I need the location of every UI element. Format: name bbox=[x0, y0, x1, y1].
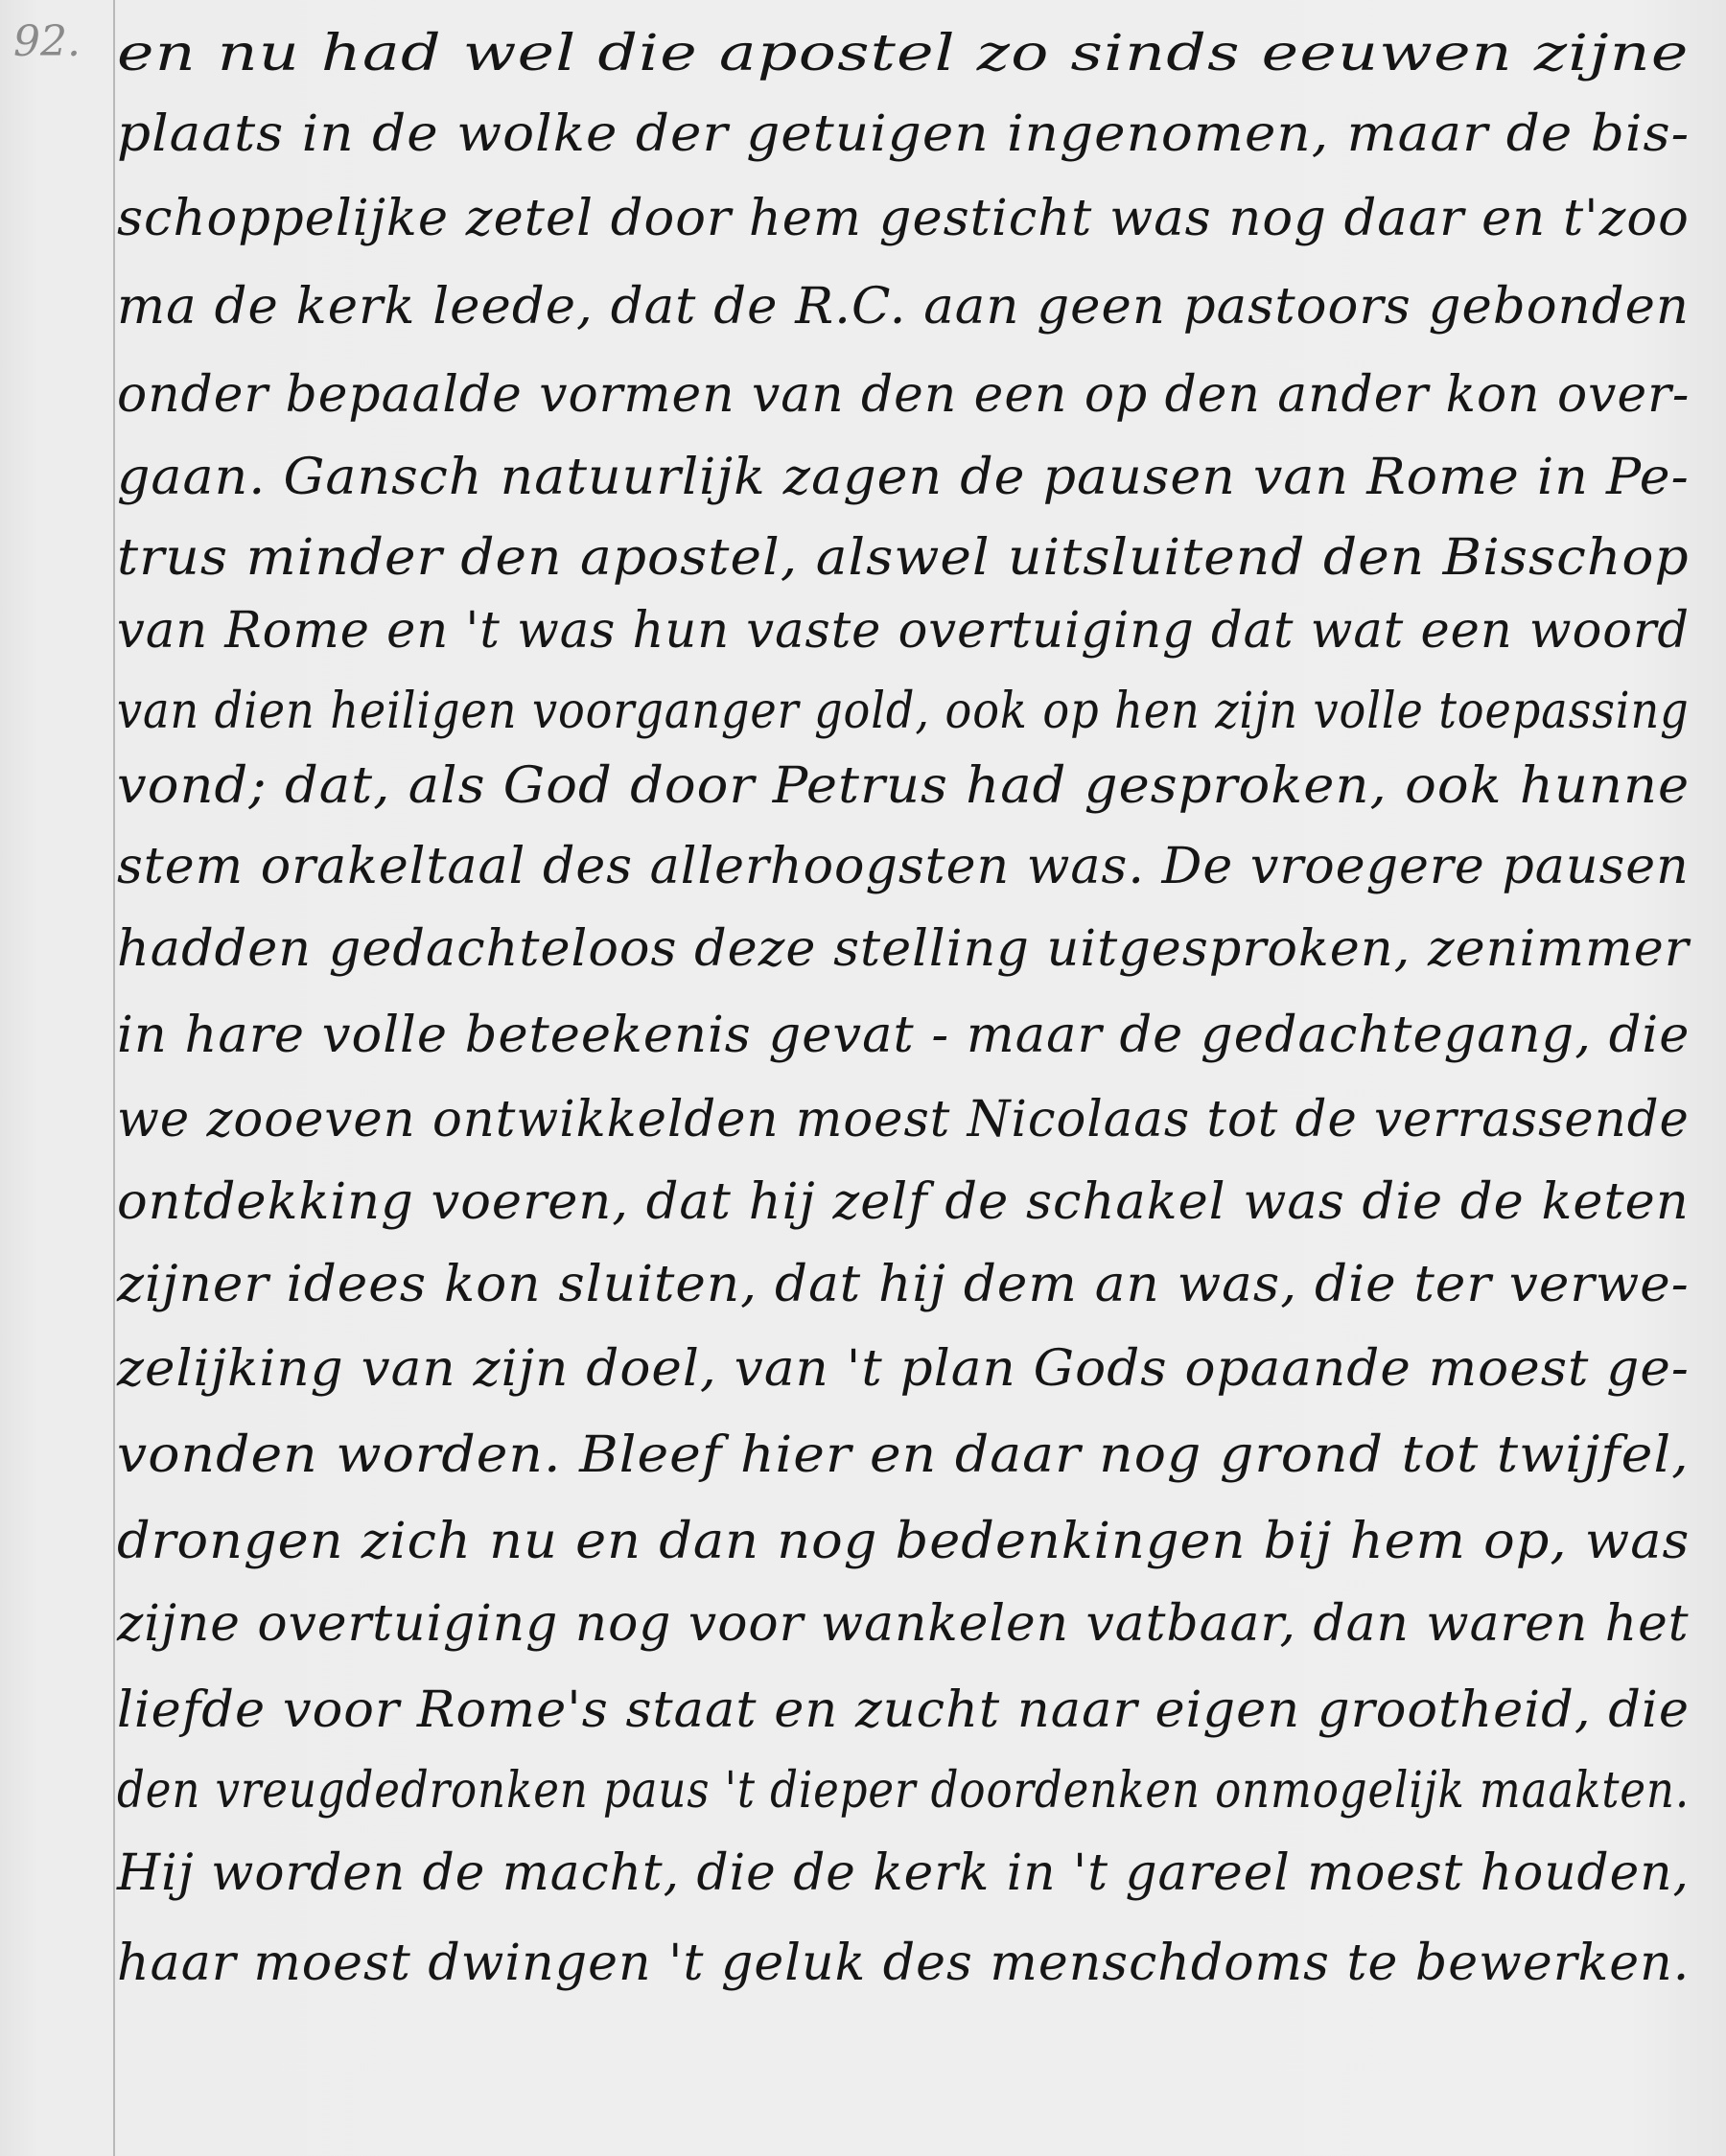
text-line-18: vonden worden. Bleef hier en daar nog gr… bbox=[117, 1426, 1690, 1484]
manuscript-page: 92. en nu had wel die apostel zo sinds e… bbox=[0, 0, 1726, 2156]
text-line-4: ma de kerk leede, dat de R.C. aan geen p… bbox=[117, 278, 1690, 336]
text-line-3: schoppelijke zetel door hem gesticht was… bbox=[117, 190, 1690, 247]
text-line-22: den vreugdedronken paus 't dieper doorde… bbox=[117, 1762, 1690, 1820]
text-line-23: Hij worden de macht, die de kerk in 't g… bbox=[117, 1844, 1690, 1902]
text-line-9: van dien heiligen voorganger gold, ook o… bbox=[117, 683, 1690, 740]
text-line-20: zijne overtuiging nog voor wankelen vatb… bbox=[117, 1595, 1690, 1653]
text-line-6: gaan. Gansch natuurlijk zagen de pausen … bbox=[117, 449, 1690, 506]
text-line-19: drongen zich nu en dan nog bedenkingen b… bbox=[117, 1513, 1690, 1570]
text-line-2: plaats in de wolke der getuigen ingenome… bbox=[117, 105, 1690, 163]
text-line-21: liefde voor Rome's staat en zucht naar e… bbox=[117, 1681, 1690, 1739]
text-line-1: en nu had wel die apostel zo sinds eeuwe… bbox=[117, 25, 1690, 82]
text-line-8: van Rome en 't was hun vaste overtuiging… bbox=[117, 602, 1690, 660]
text-line-11: stem orakeltaal des allerhoogsten was. D… bbox=[117, 838, 1690, 895]
margin-rule bbox=[113, 0, 115, 2156]
text-line-10: vond; dat, als God door Petrus had gespr… bbox=[117, 757, 1690, 815]
text-line-7: trus minder den apostel, alswel uitsluit… bbox=[117, 529, 1690, 587]
text-line-13: in hare volle beteekenis gevat - maar de… bbox=[117, 1007, 1690, 1064]
text-line-16: zijner idees kon sluiten, dat hij dem an… bbox=[117, 1256, 1690, 1313]
text-line-17: zelijking van zijn doel, van 't plan God… bbox=[117, 1340, 1690, 1398]
text-line-5: onder bepaalde vormen van den een op den… bbox=[117, 366, 1690, 424]
text-line-24: haar moest dwingen 't geluk des menschdo… bbox=[117, 1935, 1690, 1992]
page-number: 92. bbox=[13, 17, 81, 66]
text-line-12: hadden gedachteloos deze stelling uitges… bbox=[117, 920, 1690, 978]
text-line-14: we zooeven ontwikkelden moest Nicolaas t… bbox=[117, 1091, 1690, 1148]
text-line-15: ontdekking voeren, dat hij zelf de schak… bbox=[117, 1173, 1690, 1231]
